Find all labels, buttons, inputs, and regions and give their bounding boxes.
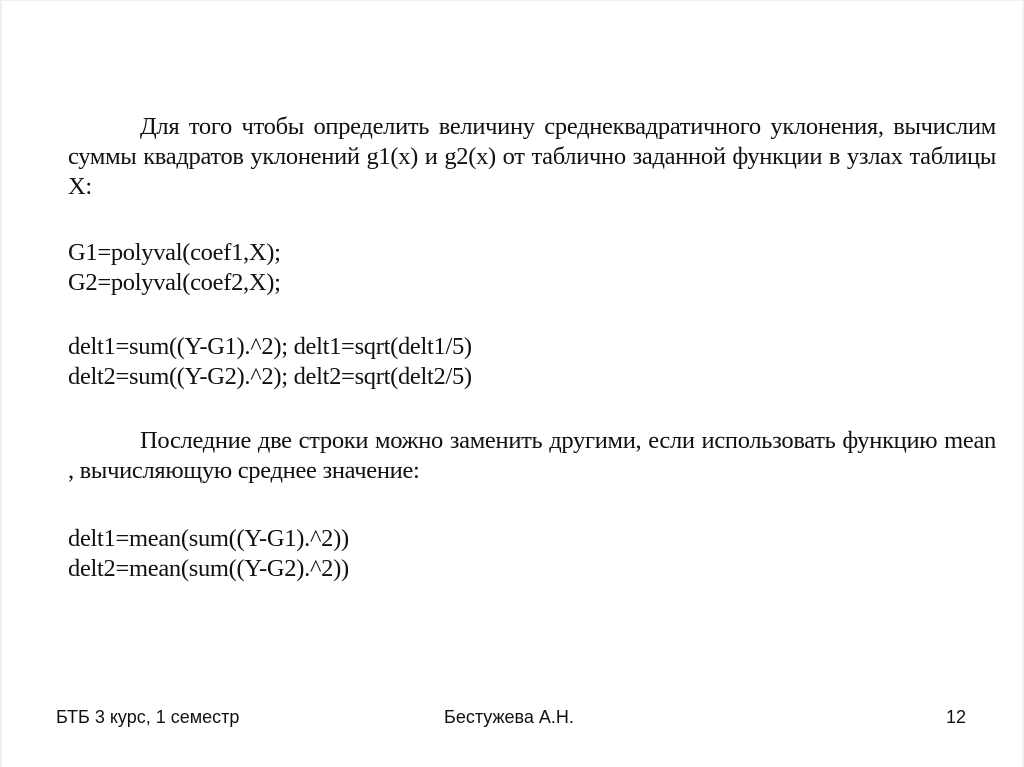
code-line-g2: G2=polyval(coef2,X); (68, 268, 996, 298)
paragraph-mean: Последние две строки можно заменить друг… (68, 426, 996, 486)
footer-page-number: 12 (946, 707, 966, 728)
footer-course-info: БТБ 3 курс, 1 семестр (56, 707, 239, 728)
paragraph-intro-text: Для того чтобы определить величину средн… (68, 112, 996, 202)
paragraph-mean-text: Последние две строки можно заменить друг… (68, 426, 996, 486)
code-line-delt1-mean: delt1=mean(sum((Y-G1).^2)) (68, 524, 996, 554)
code-line-g1: G1=polyval(coef1,X); (68, 238, 996, 268)
code-block-sum-sqrt: delt1=sum((Y-G1).^2); delt1=sqrt(delt1/5… (68, 332, 996, 392)
code-block-mean: delt1=mean(sum((Y-G1).^2)) delt2=mean(su… (68, 524, 996, 584)
slide: Для того чтобы определить величину средн… (0, 0, 1024, 767)
paragraph-intro: Для того чтобы определить величину средн… (68, 112, 996, 202)
code-line-delt1-sum: delt1=sum((Y-G1).^2); delt1=sqrt(delt1/5… (68, 332, 996, 362)
code-line-delt2-sum: delt2=sum((Y-G2).^2); delt2=sqrt(delt2/5… (68, 362, 996, 392)
code-block-polyval: G1=polyval(coef1,X); G2=polyval(coef2,X)… (68, 238, 996, 298)
code-line-delt2-mean: delt2=mean(sum((Y-G2).^2)) (68, 554, 996, 584)
footer-author: Бестужева А.Н. (444, 707, 574, 728)
